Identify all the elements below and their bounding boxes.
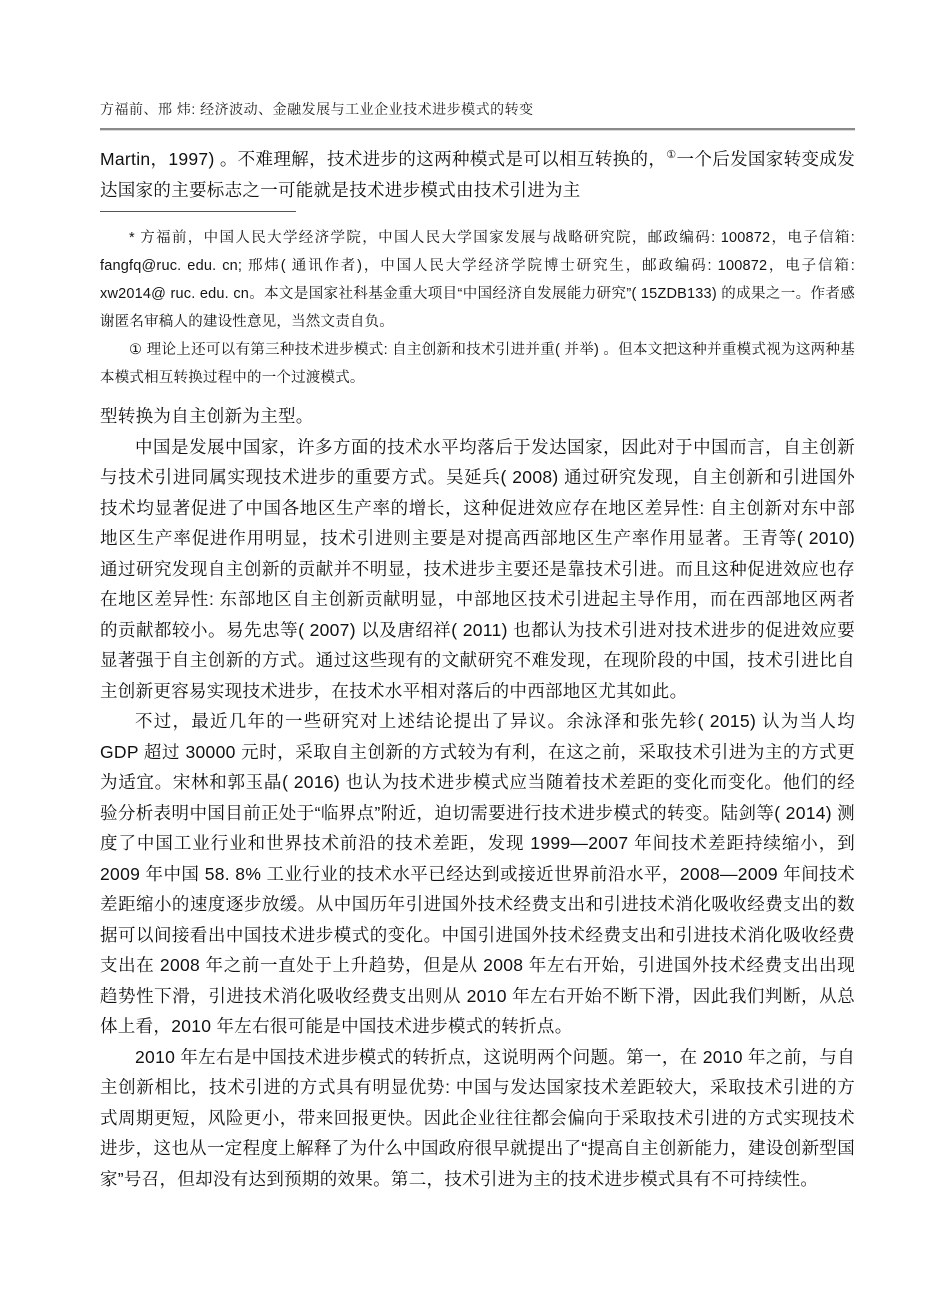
author-affiliation-footnote: * 方福前，中国人民大学经济学院，中国人民大学国家发展与战略研究院，邮政编码: … — [100, 224, 855, 336]
body-paragraph-3: 2010 年左右是中国技术进步模式的转折点，这说明两个问题。第一，在 2010 … — [100, 1042, 855, 1195]
running-head: 方福前、邢 炜: 经济波动、金融发展与工业企业技术进步模式的转变 — [100, 99, 855, 119]
paragraph-continued-from-previous-page: Martin，1997) 。不难理解，技术进步的这两种模式是可以相互转换的，①一… — [100, 144, 855, 205]
footnote-block: * 方福前，中国人民大学经济学院，中国人民大学国家发展与战略研究院，邮政编码: … — [100, 224, 855, 392]
footnote-separator-rule — [100, 211, 296, 212]
header-rule — [100, 128, 855, 131]
footnote-1-text: ① 理论上还可以有第三种技术进步模式: 自主创新和技术引进并重( 并举) 。但本… — [100, 336, 855, 392]
paragraph-resumed-sentence: 型转换为自主创新为主型。 — [100, 401, 855, 432]
paragraph-text-before-note: Martin，1997) 。不难理解，技术进步的这两种模式是可以相互转换的， — [100, 149, 666, 169]
body-paragraph-1: 中国是发展中国家，许多方面的技术水平均落后于发达国家，因此对于中国而言，自主创新… — [100, 432, 855, 707]
page-content: 方福前、邢 炜: 经济波动、金融发展与工业企业技术进步模式的转变 Martin，… — [100, 0, 855, 1194]
body-paragraph-2: 不过，最近几年的一些研究对上述结论提出了异议。余泳泽和张先轸( 2015) 认为… — [100, 706, 855, 1042]
paper-page: 方福前、邢 炜: 经济波动、金融发展与工业企业技术进步模式的转变 Martin，… — [0, 0, 950, 1312]
footnote-1-reference-marker: ① — [666, 149, 676, 161]
